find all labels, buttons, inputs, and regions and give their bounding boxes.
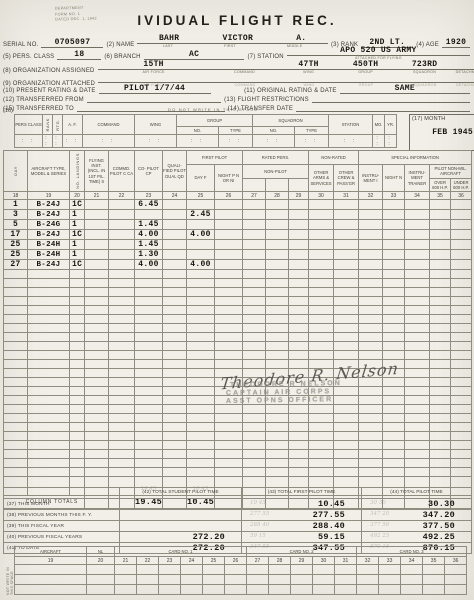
empty-cell	[28, 360, 70, 369]
empty-cell	[359, 306, 383, 315]
empty-cell	[243, 423, 266, 432]
empty-cell	[405, 423, 430, 432]
empty-cell	[243, 306, 266, 315]
empty-cell	[405, 270, 430, 279]
empty-cell	[289, 441, 309, 450]
name-last: BAHR	[159, 34, 179, 43]
empty-cell	[109, 369, 135, 378]
empty-cell	[430, 459, 451, 468]
flight-cell-other-crew	[334, 210, 359, 220]
empty-cell	[359, 297, 383, 306]
box16-col-station: STATION	[329, 115, 373, 135]
empty-cell	[334, 342, 359, 351]
empty-cell	[70, 297, 85, 306]
empty-cell	[289, 405, 309, 414]
empty-cell	[4, 306, 28, 315]
empty-cell	[359, 459, 383, 468]
empty-cell	[28, 324, 70, 333]
empty-cell	[451, 324, 472, 333]
empty-cell	[334, 288, 359, 297]
summary-total-pilot-pencil: 347 20	[370, 511, 389, 517]
header-line-2: (5) PERS. CLASS 18 (6) BRANCH AC (7) STA…	[3, 48, 470, 60]
empty-cell	[109, 468, 135, 477]
col-other-crew-header: OTHER CREW & PASS'GR	[334, 165, 359, 192]
empty-cell	[430, 306, 451, 315]
transferred-from-value	[87, 94, 221, 103]
empty-row	[4, 432, 472, 441]
empty-cell	[163, 288, 187, 297]
empty-row	[4, 468, 472, 477]
empty-cell	[243, 297, 266, 306]
empty-cell	[405, 279, 430, 288]
empty-cell	[430, 414, 451, 423]
group-first-pilot-header: FIRST PILOT	[187, 151, 243, 165]
empty-cell	[215, 270, 243, 279]
box16-group-group: GROUP	[177, 115, 253, 127]
empty-cell	[243, 333, 266, 342]
flight-cell-instr-trainer	[405, 250, 430, 260]
empty-cell	[405, 297, 430, 306]
empty-cell	[383, 315, 405, 324]
flight-cell-night-f	[215, 250, 243, 260]
empty-cell	[163, 369, 187, 378]
empty-cell	[187, 432, 215, 441]
card-side-note: NOT WRITE IN THIS SPACE	[6, 560, 14, 595]
empty-cell	[135, 423, 163, 432]
empty-cell	[430, 315, 451, 324]
empty-cell	[359, 468, 383, 477]
col-number: 36	[451, 192, 472, 200]
empty-cell	[28, 387, 70, 396]
card-empty-cell	[247, 565, 269, 575]
empty-cell	[4, 405, 28, 414]
empty-cell	[163, 279, 187, 288]
empty-cell	[163, 468, 187, 477]
box16-sub-no: NO.	[253, 127, 295, 135]
box16-grid: PERS CLASSRANKRTG.A. F.COMMANDWINGGROUPS…	[14, 114, 397, 148]
flight-cell-aircraft: B-24J	[28, 260, 70, 270]
empty-cell	[309, 369, 334, 378]
empty-row	[4, 405, 472, 414]
flight-cell-other-arms	[309, 250, 334, 260]
flight-cell-night-f	[215, 230, 243, 240]
empty-cell	[334, 297, 359, 306]
empty-cell	[289, 342, 309, 351]
flight-cell-flying-inst	[85, 210, 109, 220]
empty-cell	[85, 387, 109, 396]
col-commd-pilot-header: COMMD. PILOT C CA	[109, 151, 135, 192]
empty-cell	[243, 387, 266, 396]
flight-cell-np2	[266, 210, 289, 220]
card-grid: AIRCRAFTNLCARD NO. 1CARD NO. 2CARD NO. 3…	[14, 546, 467, 595]
empty-cell	[289, 351, 309, 360]
card-empty-cell	[137, 575, 159, 585]
empty-cell	[266, 459, 289, 468]
empty-cell	[28, 441, 70, 450]
empty-cell	[243, 396, 266, 405]
org-col-wing: 47THWING	[280, 60, 338, 74]
flight-cell-other-crew	[334, 240, 359, 250]
empty-cell	[383, 369, 405, 378]
empty-cell	[359, 351, 383, 360]
col-number: 26	[215, 192, 243, 200]
empty-cell	[187, 396, 215, 405]
col-flying-inst-header: FLYING INST. (INCL. IN 1ST PIL. TIME) S	[85, 151, 109, 192]
empty-cell	[4, 414, 28, 423]
flight-cell-day: 25	[4, 250, 28, 260]
name-first: VICTOR	[222, 34, 253, 43]
empty-cell	[28, 270, 70, 279]
box16-table: PERS CLASSRANKRTG.A. F.COMMANDWINGGROUPS…	[14, 114, 397, 148]
flight-cell-night	[383, 250, 405, 260]
summary-first-pilot-pencil: 59 15	[250, 533, 266, 539]
box16-group-squadron: SQUADRON	[253, 115, 329, 127]
flight-cell-landings: 1	[70, 250, 85, 260]
empty-cell	[135, 378, 163, 387]
empty-cell	[430, 405, 451, 414]
card-empty-cell	[335, 585, 357, 595]
card-empty-cell	[335, 565, 357, 575]
empty-cell	[451, 378, 472, 387]
empty-cell	[359, 441, 383, 450]
flight-cell-np2	[266, 200, 289, 210]
empty-cell	[451, 468, 472, 477]
flight-cell-instr-trainer	[405, 210, 430, 220]
empty-cell	[28, 405, 70, 414]
flight-cell-day-f: 2.45	[187, 210, 215, 220]
empty-cell	[309, 432, 334, 441]
card-empty-row	[15, 575, 467, 585]
empty-cell	[289, 369, 309, 378]
empty-cell	[430, 423, 451, 432]
empty-cell	[4, 441, 28, 450]
col-number: 21	[85, 192, 109, 200]
empty-cell	[405, 387, 430, 396]
empty-cell	[4, 423, 28, 432]
flight-row: 17B-24J1C4.004.00	[4, 230, 472, 240]
empty-cell	[4, 279, 28, 288]
empty-cell	[85, 459, 109, 468]
empty-cell	[85, 378, 109, 387]
empty-cell	[451, 315, 472, 324]
empty-cell	[28, 468, 70, 477]
box16-tab-cell: : :	[63, 135, 83, 148]
empty-row	[4, 297, 472, 306]
empty-cell	[215, 441, 243, 450]
summary-total-pilot-pencil: 377 50	[370, 522, 389, 528]
box16-tab-cell: : :	[43, 135, 53, 148]
org-col-group: 450THGROUP	[338, 60, 394, 74]
col-number: 35	[430, 192, 451, 200]
empty-cell	[405, 351, 430, 360]
empty-cell	[163, 441, 187, 450]
month-box: (17) MONTH FEB 1945	[409, 114, 474, 151]
header-line-5: (10) PRESENT RATING & DATE PILOT 1/7/44 …	[3, 84, 470, 94]
empty-cell	[135, 459, 163, 468]
empty-row	[4, 324, 472, 333]
flight-cell-other-crew	[334, 260, 359, 270]
empty-cell	[85, 450, 109, 459]
empty-cell	[383, 423, 405, 432]
col-instr-trainer-header: INSTRU- MENT TRAINER	[405, 165, 430, 192]
empty-cell	[451, 297, 472, 306]
col-number: 27	[243, 192, 266, 200]
card-empty-cell	[379, 585, 401, 595]
empty-cell	[266, 351, 289, 360]
card-empty-cell	[203, 585, 225, 595]
flight-cell-night	[383, 240, 405, 250]
empty-cell	[359, 279, 383, 288]
empty-cell	[28, 423, 70, 432]
flight-cell-aircraft: B-24G	[28, 220, 70, 230]
empty-cell	[359, 396, 383, 405]
empty-cell	[266, 324, 289, 333]
empty-cell	[85, 369, 109, 378]
flight-cell-night	[383, 220, 405, 230]
empty-cell	[289, 288, 309, 297]
empty-cell	[430, 270, 451, 279]
empty-cell	[289, 324, 309, 333]
card-aircraft-header: AIRCRAFT	[15, 547, 87, 557]
flight-cell-np1	[243, 260, 266, 270]
flight-cell-night-f	[215, 200, 243, 210]
flight-cell-under-600	[451, 240, 472, 250]
flight-cell-instrument	[359, 200, 383, 210]
transfer-date-value	[296, 103, 470, 112]
empty-cell	[430, 279, 451, 288]
empty-cell	[266, 288, 289, 297]
empty-cell	[266, 315, 289, 324]
flight-cell-day: 25	[4, 240, 28, 250]
empty-cell	[309, 378, 334, 387]
empty-row	[4, 288, 472, 297]
empty-cell	[359, 360, 383, 369]
card-col-number: 20	[87, 557, 115, 565]
card-col-number: 36	[445, 557, 467, 565]
empty-cell	[70, 468, 85, 477]
card-empty-cell	[357, 575, 379, 585]
col-other-arms-header: OTHER ARMS & SERVICES	[309, 165, 334, 192]
flight-cell-day-f: 4.00	[187, 230, 215, 240]
empty-cell	[135, 279, 163, 288]
empty-cell	[405, 342, 430, 351]
empty-cell	[135, 441, 163, 450]
col-non-pilot-sub	[289, 178, 309, 192]
flight-cell-np3	[289, 220, 309, 230]
empty-cell	[451, 351, 472, 360]
col-number: 22	[109, 192, 135, 200]
empty-cell	[85, 315, 109, 324]
flight-cell-np1	[243, 210, 266, 220]
empty-cell	[85, 306, 109, 315]
empty-cell	[215, 342, 243, 351]
card-empty-cell	[15, 575, 87, 585]
empty-cell	[430, 288, 451, 297]
org-assigned-field: 15THAIR FORCE COMMAND47THWING450THGROUP7…	[98, 60, 474, 74]
flight-cell-np2	[266, 250, 289, 260]
empty-cell	[187, 333, 215, 342]
box16-col-yr: YR.	[385, 115, 397, 135]
empty-cell	[70, 378, 85, 387]
empty-cell	[451, 342, 472, 351]
empty-cell	[109, 432, 135, 441]
summary-student-value: 272.20	[120, 532, 241, 542]
empty-cell	[215, 432, 243, 441]
card-empty-cell	[269, 575, 291, 585]
card-col-number: 31	[335, 557, 357, 565]
empty-row	[4, 387, 472, 396]
flight-cell-instrument	[359, 240, 383, 250]
empty-cell	[289, 270, 309, 279]
empty-cell	[28, 396, 70, 405]
empty-cell	[70, 270, 85, 279]
card-empty-cell	[181, 575, 203, 585]
empty-row	[4, 423, 472, 432]
empty-cell	[243, 405, 266, 414]
empty-cell	[309, 423, 334, 432]
flight-cell-qualified	[163, 260, 187, 270]
empty-cell	[135, 333, 163, 342]
empty-cell	[383, 414, 405, 423]
card-empty-cell	[269, 565, 291, 575]
flight-cell-co-pilot: 1.45	[135, 240, 163, 250]
flight-cell-landings: 1C	[70, 230, 85, 240]
summary-row: (38) PREVIOUS MONTHS THIS F. Y. 277 5527…	[4, 510, 472, 521]
flight-cell-np3	[289, 240, 309, 250]
empty-cell	[289, 333, 309, 342]
card-empty-cell	[313, 565, 335, 575]
empty-cell	[359, 315, 383, 324]
summary-first-pilot: 59 1559.15	[242, 532, 362, 543]
empty-cell	[215, 387, 243, 396]
flight-cell-night	[383, 260, 405, 270]
empty-cell	[266, 306, 289, 315]
empty-cell	[70, 342, 85, 351]
empty-cell	[405, 441, 430, 450]
empty-cell	[359, 387, 383, 396]
empty-cell	[289, 450, 309, 459]
month-label: (17) MONTH	[412, 116, 473, 122]
card-no-3-header: CARD NO. 3	[357, 547, 467, 557]
empty-cell	[405, 360, 430, 369]
flight-cell-instrument	[359, 210, 383, 220]
empty-cell	[359, 324, 383, 333]
card-col-number: 22	[137, 557, 159, 565]
empty-cell	[451, 333, 472, 342]
empty-cell	[334, 423, 359, 432]
empty-cell	[215, 279, 243, 288]
flight-cell-commd-pilot	[109, 200, 135, 210]
empty-cell	[383, 351, 405, 360]
empty-cell	[405, 459, 430, 468]
flight-row: 1B-24J1C6.45	[4, 200, 472, 210]
empty-cell	[359, 414, 383, 423]
flight-cell-day-f	[187, 200, 215, 210]
empty-cell	[334, 369, 359, 378]
empty-cell	[405, 324, 430, 333]
empty-cell	[85, 468, 109, 477]
card-empty-cell	[87, 585, 115, 595]
empty-cell	[383, 378, 405, 387]
flight-cell-instr-trainer	[405, 230, 430, 240]
empty-cell	[135, 288, 163, 297]
flight-cell-over-600	[430, 250, 451, 260]
form-title: IVIDUAL FLIGHT REC.	[0, 13, 474, 28]
flight-cell-instr-trainer	[405, 240, 430, 250]
card-col-number: 29	[291, 557, 313, 565]
summary-first-pilot-pencil: 288 40	[250, 522, 269, 528]
empty-cell	[187, 459, 215, 468]
box16-col-rank-text: RANK	[45, 118, 50, 132]
empty-cell	[215, 360, 243, 369]
card-empty-cell	[313, 585, 335, 595]
empty-cell	[163, 360, 187, 369]
card-empty-cell	[291, 585, 313, 595]
summary-row-label: (38) PREVIOUS MONTHS THIS F. Y.	[4, 510, 120, 521]
empty-cell	[430, 468, 451, 477]
empty-cell	[85, 396, 109, 405]
original-rating-value: SAME	[340, 84, 470, 94]
empty-cell	[266, 441, 289, 450]
flight-cell-commd-pilot	[109, 240, 135, 250]
empty-cell	[383, 441, 405, 450]
empty-cell	[163, 423, 187, 432]
empty-cell	[163, 432, 187, 441]
empty-cell	[451, 270, 472, 279]
empty-cell	[334, 270, 359, 279]
empty-cell	[4, 459, 28, 468]
pers-class-label: (5) PERS. CLASS	[3, 54, 54, 60]
card-empty-cell	[313, 575, 335, 585]
empty-cell	[70, 333, 85, 342]
empty-cell	[109, 279, 135, 288]
empty-cell	[243, 279, 266, 288]
empty-cell	[187, 441, 215, 450]
box16-tab-cell: : :	[53, 135, 63, 148]
empty-cell	[187, 360, 215, 369]
box16-tab-cell: : :	[295, 135, 329, 148]
empty-cell	[334, 459, 359, 468]
col-number: 29	[289, 192, 309, 200]
empty-cell	[187, 324, 215, 333]
empty-cell	[309, 414, 334, 423]
empty-cell	[187, 378, 215, 387]
flight-cell-np1	[243, 230, 266, 240]
org-col-squadron: 723RDSQUADRON	[394, 60, 456, 74]
empty-cell	[70, 288, 85, 297]
empty-cell	[383, 396, 405, 405]
col-number: 30	[309, 192, 334, 200]
col-non-pilot-sub	[266, 178, 289, 192]
box16-tab-cell: : :	[177, 135, 219, 148]
flight-cell-night	[383, 230, 405, 240]
empty-cell	[309, 450, 334, 459]
empty-cell	[383, 333, 405, 342]
empty-cell	[359, 342, 383, 351]
empty-cell	[266, 369, 289, 378]
flight-cell-other-arms	[309, 240, 334, 250]
col-number: 19	[28, 192, 70, 200]
flight-cell-over-600	[430, 220, 451, 230]
empty-cell	[187, 423, 215, 432]
card-empty-cell	[159, 585, 181, 595]
empty-cell	[85, 414, 109, 423]
month-value: FEB 1945	[412, 128, 473, 137]
col-number: 32	[359, 192, 383, 200]
empty-cell	[289, 360, 309, 369]
flight-cell-instrument	[359, 220, 383, 230]
empty-cell	[309, 405, 334, 414]
